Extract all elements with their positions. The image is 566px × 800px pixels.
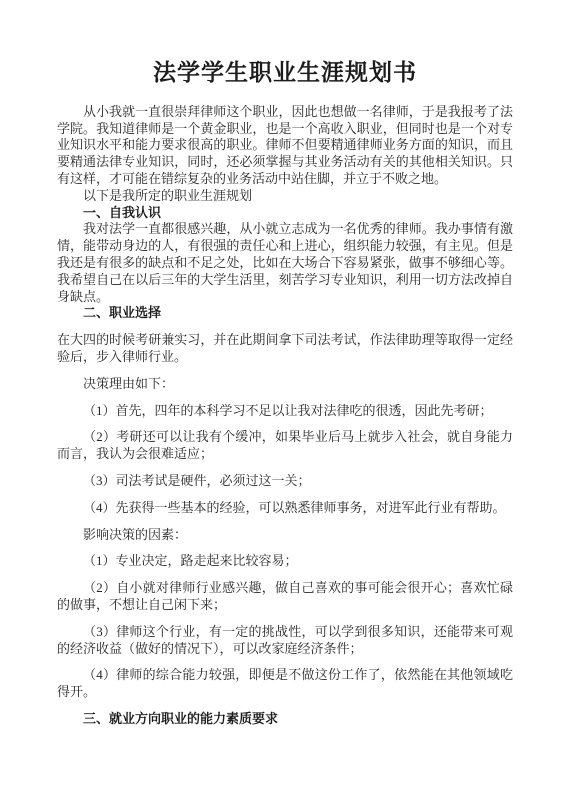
career-choice-paragraph: 在大四的时候考研兼实习，并在此期间拿下司法考试，作法律助理等取得一定经验后，步入… — [57, 332, 513, 366]
self-awareness-paragraph: 我对法学一直都很感兴趣，从小就立志成为一名优秀的律师。我办事情有激情，能带动身边… — [57, 221, 513, 305]
decision-factor-3: （3）律师这个行业，有一定的挑战性，可以学到很多知识，还能带来可观的经济收益（做… — [57, 624, 513, 658]
document-page: 法学学生职业生涯规划书 从小我就一直很崇拜律师这个职业，因此也想做一名律师，于是… — [0, 0, 566, 800]
decision-reason-3: （3）司法考试是硬件，必须过这一关； — [57, 473, 513, 490]
plan-lead-line: 以下是我所定的职业生涯规划 — [57, 188, 513, 205]
decision-factors-label: 影响决策的因素： — [57, 527, 513, 544]
decision-factor-4: （4）律师的综合能力较强，即便是不做这份工作了，依然能在其他领域吃得开。 — [57, 667, 513, 701]
heading-self-awareness: 一、自我认识 — [57, 205, 513, 222]
decision-factor-2: （2）自小就对律师行业感兴趣，做自己喜欢的事可能会很开心；喜欢忙碌的做事，不想让… — [57, 580, 513, 614]
decision-reasons-label: 决策理由如下： — [57, 376, 513, 393]
decision-reason-2: （2）考研还可以让我有个缓冲，如果毕业后马上就步入社会，就自身能力而言，我认为会… — [57, 429, 513, 463]
decision-reason-1: （1）首先，四年的本科学习不足以让我对法律吃的很透，因此先考研； — [57, 403, 513, 420]
decision-reason-4: （4）先获得一些基本的经验，可以熟悉律师事务，对进军此行业有帮助。 — [57, 500, 513, 517]
heading-job-requirements: 三、就业方向职业的能力素质要求 — [57, 711, 513, 728]
heading-career-choice: 二、职业选择 — [57, 305, 513, 322]
document-title: 法学学生职业生涯规划书 — [57, 58, 513, 88]
decision-factor-1: （1）专业决定，路走起来比较容易； — [57, 553, 513, 570]
intro-paragraph: 从小我就一直很崇拜律师这个职业，因此也想做一名律师，于是我报考了法学院。我知道律… — [57, 104, 513, 188]
